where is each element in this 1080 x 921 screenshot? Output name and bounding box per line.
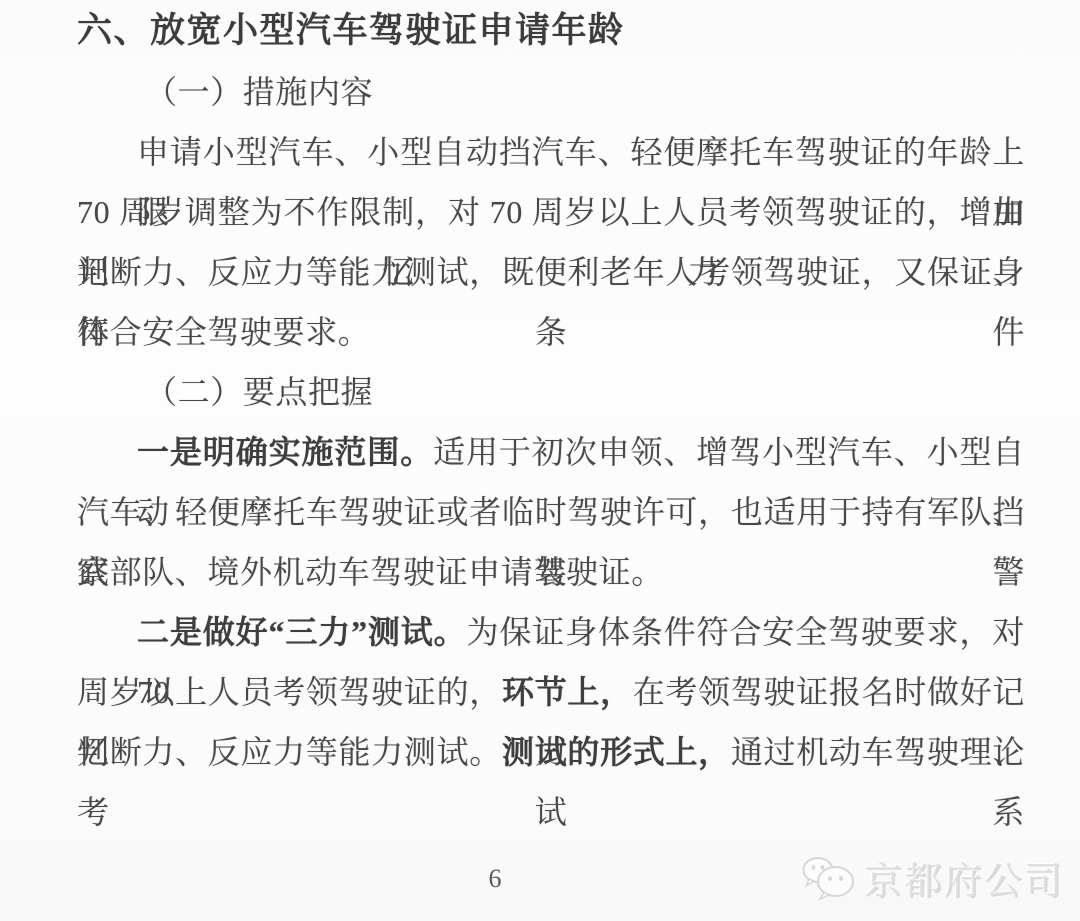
text-segment: 判断力、反应力等能力测试。 xyxy=(77,734,502,770)
section-label-text: （一）措施内容 xyxy=(145,74,373,110)
document-body: 六、放宽小型汽车驾驶证申请年龄 （一）措施内容 申请小型汽车、小型自动挡汽车、轻… xyxy=(77,0,1025,782)
text-line: 判断力、反应力等能力测试，既便利老年人考领驾驶证，又保证身体条件 xyxy=(77,242,1025,302)
watermark: 京都府公司 xyxy=(800,850,1064,905)
scanned-document-page: 六、放宽小型汽车驾驶证申请年龄 （一）措施内容 申请小型汽车、小型自动挡汽车、轻… xyxy=(0,0,1080,921)
text-line: 二是做好“三力”测试。为保证身体条件符合安全驾驶要求，对 70 xyxy=(77,602,1025,662)
document-heading: 六、放宽小型汽车驾驶证申请年龄 xyxy=(77,0,1025,62)
text-segment: 察部队、境外机动车驾驶证申请驾驶证。 xyxy=(77,554,664,590)
text-line: 周岁以上人员考领驾驶证的，环节上，在考领驾驶证报名时做好记忆力、 xyxy=(77,662,1025,722)
watermark-brand: 京都府公司 xyxy=(864,850,1064,905)
text-line: 一是明确实施范围。适用于初次申领、增驾小型汽车、小型自动挡 xyxy=(77,422,1025,482)
text-line: 70 周岁调整为不作限制，对 70 周岁以上人员考领驾驶证的，增加记忆力、 xyxy=(77,182,1025,242)
bold-text-segment: 测试的形式上， xyxy=(502,734,731,770)
text-line: 汽车、轻便摩托车驾驶证或者临时驾驶许可，也适用于持有军队、武装警 xyxy=(77,482,1025,542)
section-label-1: （一）措施内容 xyxy=(77,62,1025,122)
wechat-icon xyxy=(800,855,858,901)
text-line: 判断力、反应力等能力测试。测试的形式上，通过机动车驾驶理论考试系 xyxy=(77,722,1025,782)
section-label-text: （二）要点把握 xyxy=(145,374,373,410)
bold-text-segment: 二是做好“三力”测试。 xyxy=(137,614,467,650)
section-label-2: （二）要点把握 xyxy=(77,362,1025,422)
bold-text-segment: 一是明确实施范围。 xyxy=(137,434,433,470)
text-segment: 周岁以上人员考领驾驶证的， xyxy=(77,674,502,710)
text-segment: 符合安全驾驶要求。 xyxy=(77,314,370,350)
bold-text-segment: 环节上， xyxy=(502,674,633,710)
text-line: 申请小型汽车、小型自动挡汽车、轻便摩托车驾驶证的年龄上限由 xyxy=(77,122,1025,182)
